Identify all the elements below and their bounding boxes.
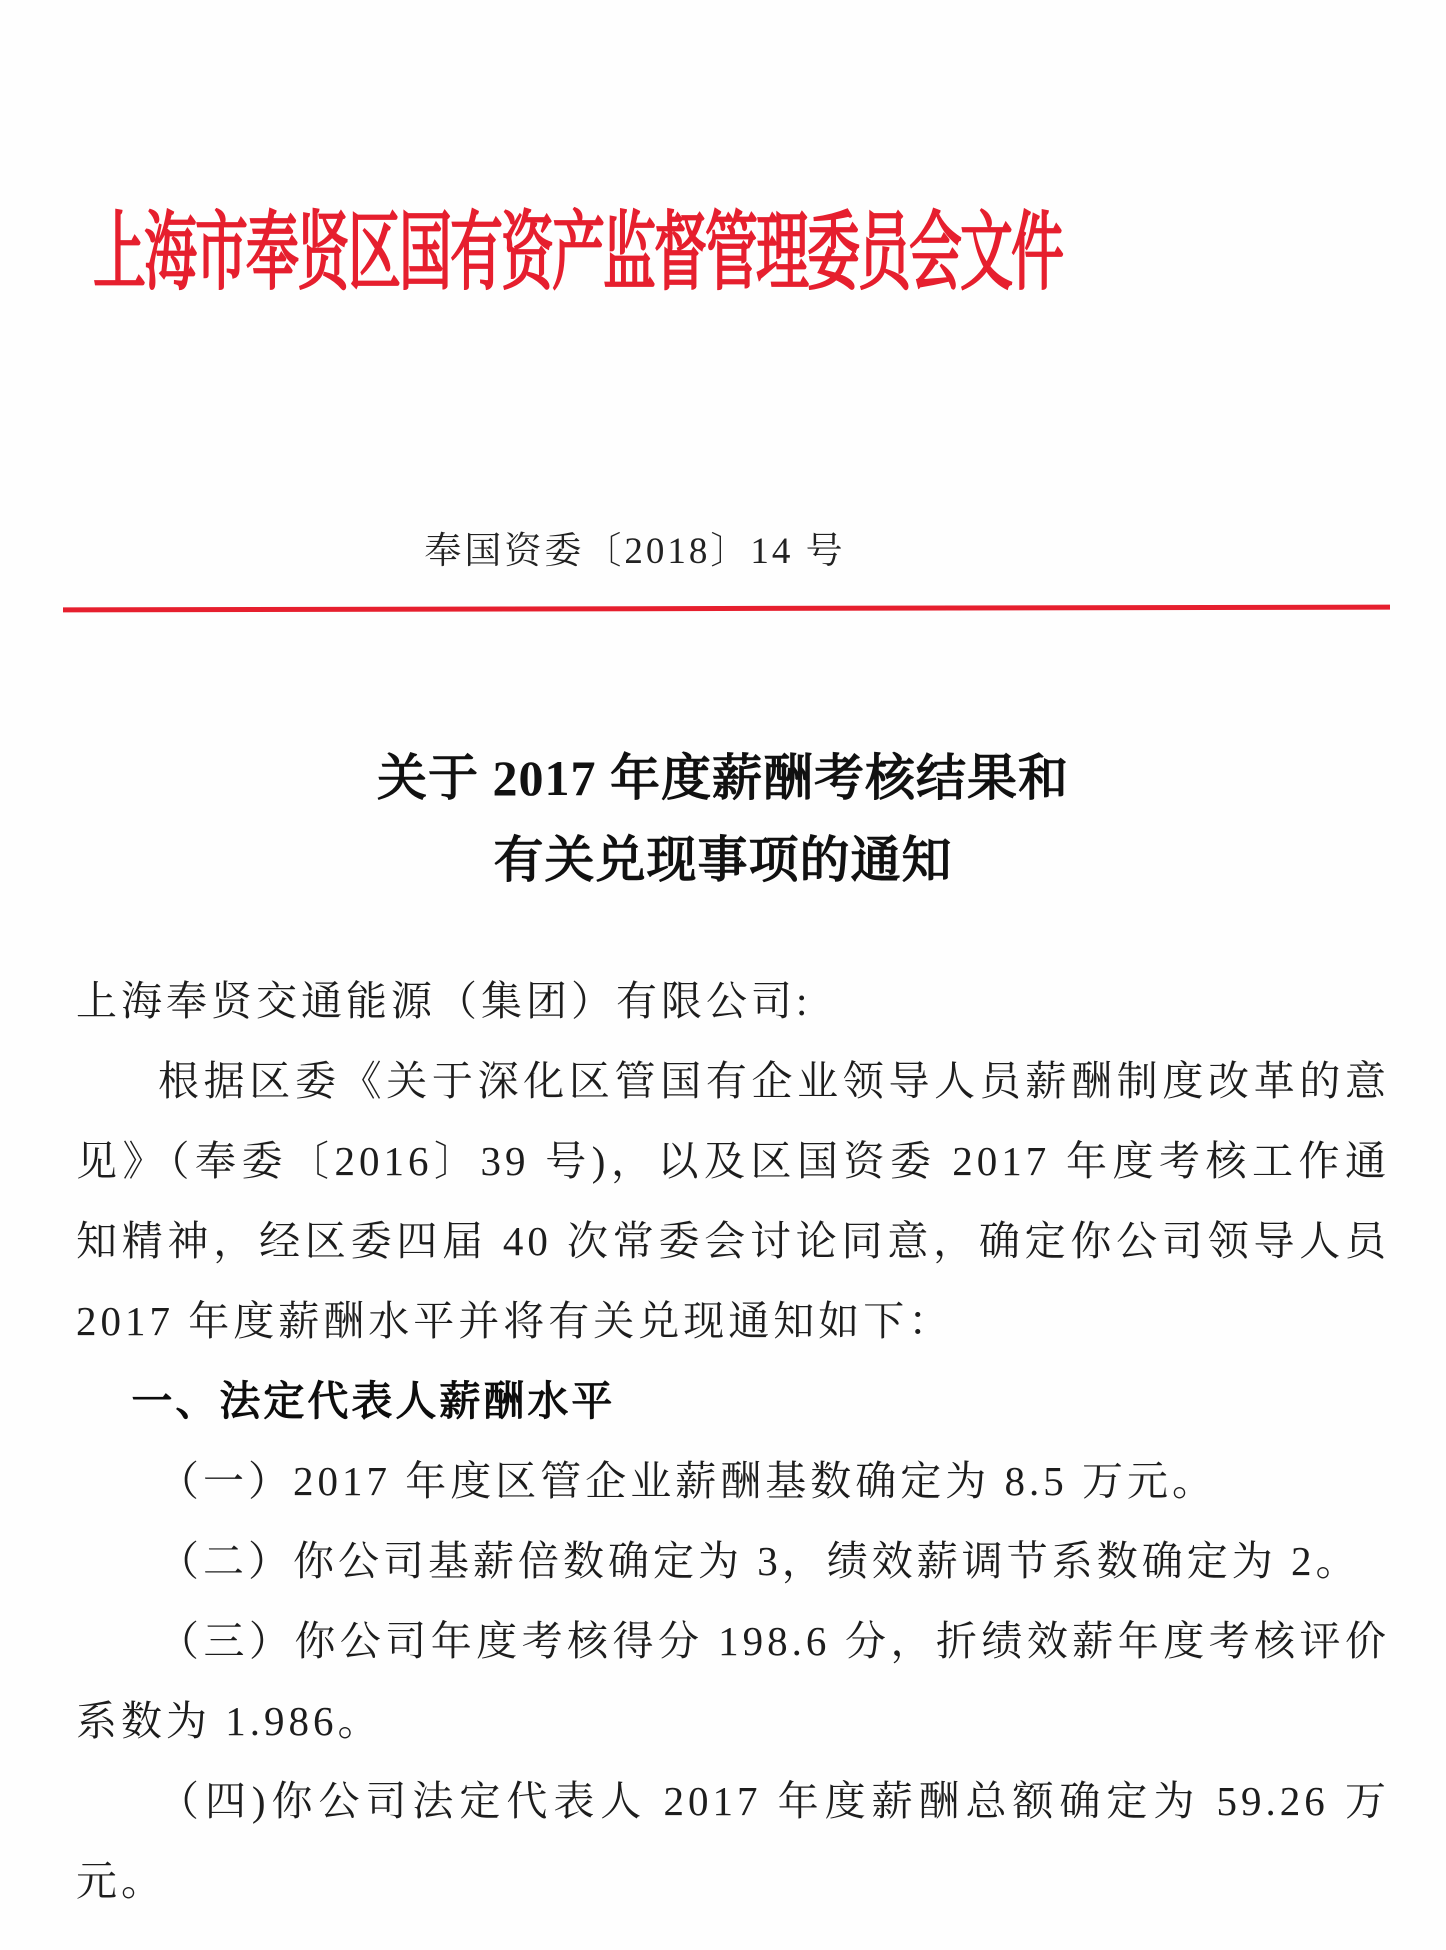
red-divider-line xyxy=(63,605,1390,613)
section1-item-4: （四)你公司法定代表人 2017 年度薪酬总额确定为 59.26 万元。 xyxy=(76,1761,1390,1921)
doc-title-line2: 有关兑现事项的通知 xyxy=(0,819,1446,901)
section1-item-3: （三）你公司年度考核得分 198.6 分，折绩效薪年度考核评价系数为 1.986… xyxy=(76,1601,1390,1761)
salutation: 上海奉贤交通能源（集团）有限公司: xyxy=(76,961,1390,1041)
agency-header-text: 上海市奉贤区国有资产监督管理委员会文件 xyxy=(93,184,1062,307)
doc-title: 关于 2017 年度薪酬考核结果和 有关兑现事项的通知 xyxy=(0,737,1446,901)
agency-header: 上海市奉贤区国有资产监督管理委员会文件 xyxy=(93,182,1062,310)
doc-number: 奉国资委〔2018〕14 号 xyxy=(0,520,1270,574)
intro-paragraph: 根据区委《关于深化区管国有企业领导人员薪酬制度改革的意见》（奉委〔2016〕39… xyxy=(76,1041,1390,1361)
document-body: 上海奉贤交通能源（集团）有限公司: 根据区委《关于深化区管国有企业领导人员薪酬制… xyxy=(76,961,1390,1921)
official-document-page: 上海市奉贤区国有资产监督管理委员会文件 奉国资委〔2018〕14 号 关于 20… xyxy=(0,0,1446,1950)
section1-item-1: （一）2017 年度区管企业薪酬基数确定为 8.5 万元。 xyxy=(76,1441,1390,1521)
doc-title-line1: 关于 2017 年度薪酬考核结果和 xyxy=(0,737,1446,819)
section1-heading: 一、法定代表人薪酬水平 xyxy=(76,1361,1390,1441)
section1-item-2: （二）你公司基薪倍数确定为 3，绩效薪调节系数确定为 2。 xyxy=(76,1521,1390,1601)
